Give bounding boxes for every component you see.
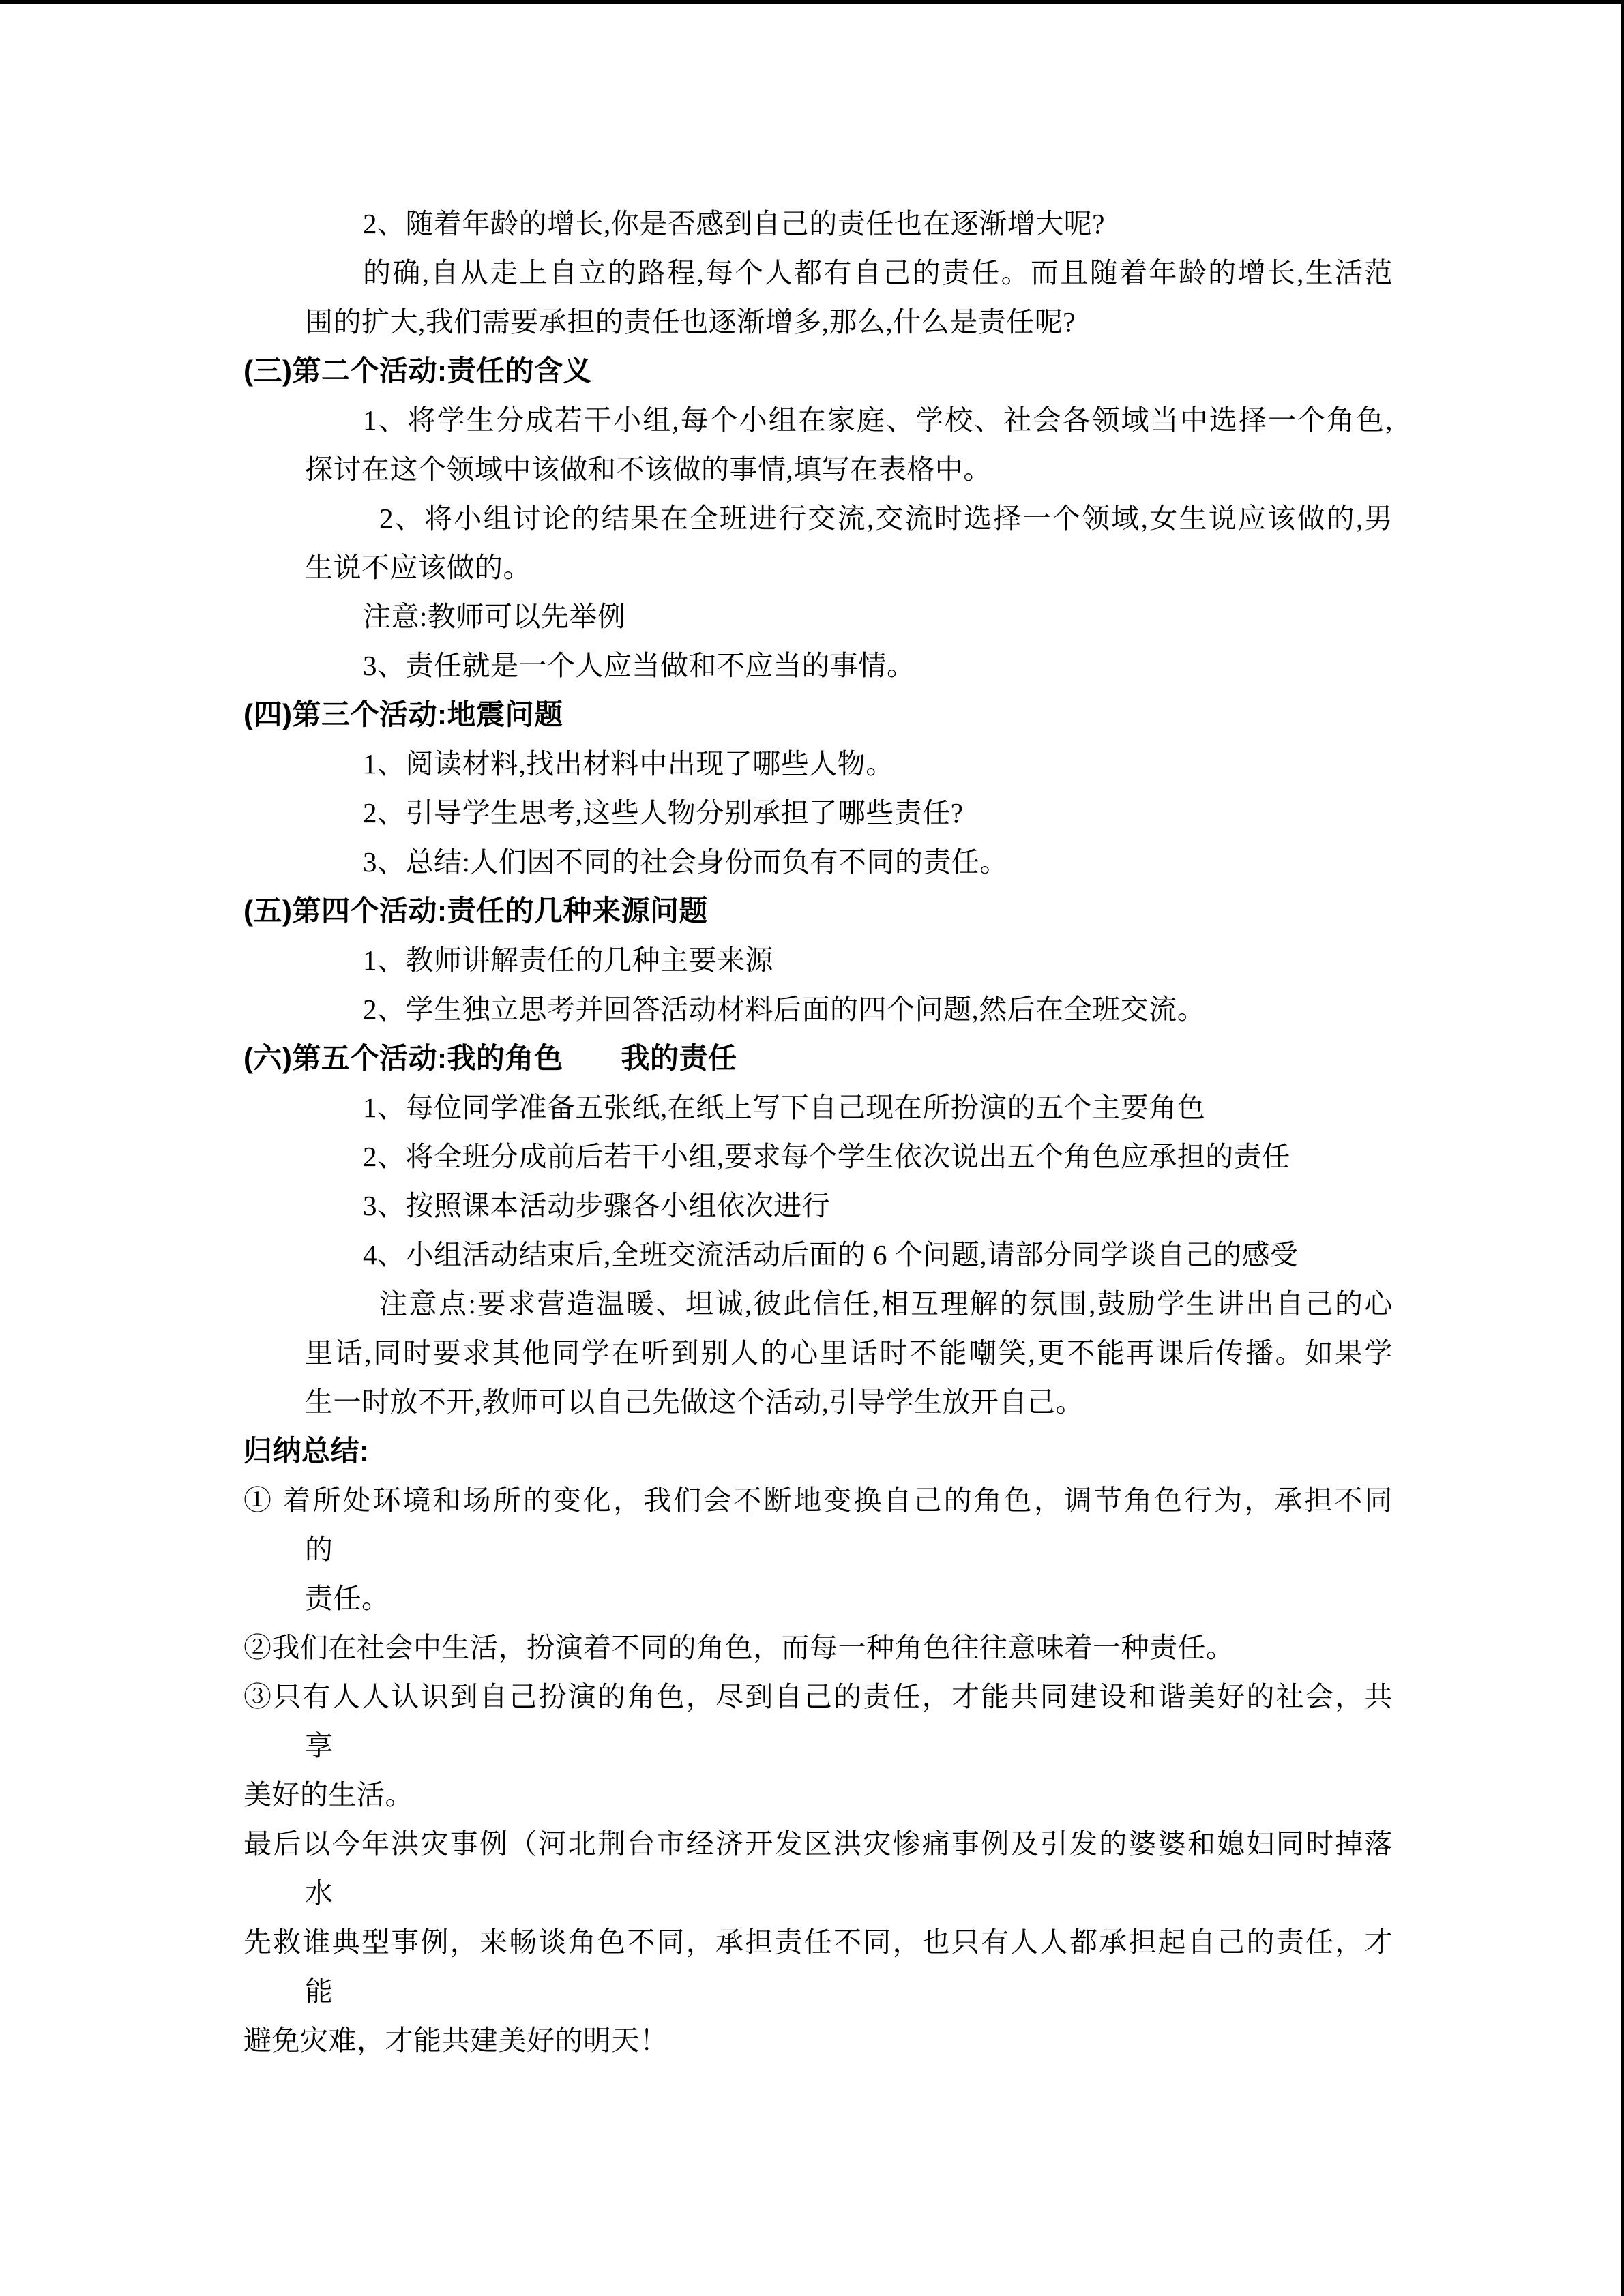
text-line: 2、引导学生思考,这些人物分别承担了哪些责任? [363, 788, 1393, 837]
section-heading-line: 归纳总结: [243, 1427, 1393, 1476]
text-line: 1、每位同学准备五张纸,在纸上写下自己现在所扮演的五个主要角色 [363, 1083, 1393, 1132]
page-top-edge-line [0, 0, 1624, 4]
page-right-edge-line [1621, 0, 1624, 2296]
text-line: 注意点:要求营造温暖、坦诚,彼此信任,相互理解的氛围,鼓励学生讲出自己的心 [379, 1279, 1393, 1328]
text-line: 2、将小组讨论的结果在全班进行交流,交流时选择一个领域,女生说应该做的,男 [379, 494, 1393, 543]
text-line: 责任。 [305, 1574, 1393, 1623]
text-line: 1、阅读材料,找出材料中出现了哪些人物。 [363, 739, 1393, 788]
text-line: 生说不应该做的。 [305, 543, 1393, 592]
text-line: 先救谁典型事例，来畅谈角色不同，承担责任不同，也只有人人都承担起自己的责任，才 [243, 1918, 1393, 1967]
text-line: 水 [305, 1868, 1393, 1918]
text-line: 1、教师讲解责任的几种主要来源 [363, 936, 1393, 985]
text-line: 注意:教师可以先举例 [363, 592, 1393, 641]
text-line: 避免灾难，才能共建美好的明天！ [243, 2016, 1393, 2065]
document-page: 2、随着年龄的增长,你是否感到自己的责任也在逐渐增大呢?的确,自从走上自立的路程… [0, 0, 1624, 2296]
section-heading-line: (三)第二个活动:责任的含义 [243, 346, 1393, 396]
section-heading-line: (四)第三个活动:地震问题 [243, 690, 1393, 739]
text-line: ②我们在社会中生活，扮演着不同的角色，而每一种角色往往意味着一种责任。 [243, 1623, 1393, 1672]
text-line: 围的扩大,我们需要承担的责任也逐渐增多,那么,什么是责任呢? [305, 297, 1393, 346]
text-line: 里话,同时要求其他同学在听到别人的心里话时不能嘲笑,更不能再课后传播。如果学 [305, 1328, 1393, 1377]
section-heading-line: (五)第四个活动:责任的几种来源问题 [243, 886, 1393, 936]
text-line: 美好的生活。 [243, 1770, 1393, 1819]
text-line: ① 着所处环境和场所的变化，我们会不断地变换自己的角色，调节角色行为，承担不同 [243, 1476, 1393, 1525]
text-line: ③只有人人认识到自己扮演的角色，尽到自己的责任，才能共同建设和谐美好的社会，共 [243, 1672, 1393, 1721]
text-line: 享 [305, 1721, 1393, 1770]
text-line: 2、将全班分成前后若干小组,要求每个学生依次说出五个角色应承担的责任 [363, 1132, 1393, 1181]
text-line: 2、学生独立思考并回答活动材料后面的四个问题,然后在全班交流。 [363, 985, 1393, 1034]
document-content: 2、随着年龄的增长,你是否感到自己的责任也在逐渐增大呢?的确,自从走上自立的路程… [243, 199, 1393, 2065]
text-line: 探讨在这个领域中该做和不该做的事情,填写在表格中。 [305, 445, 1393, 494]
text-line: 的确,自从走上自立的路程,每个人都有自己的责任。而且随着年龄的增长,生活范 [363, 248, 1393, 297]
text-line: 2、随着年龄的增长,你是否感到自己的责任也在逐渐增大呢? [363, 199, 1393, 248]
text-line: 能 [305, 1967, 1393, 2016]
text-line: 的 [305, 1525, 1393, 1574]
text-line: 3、按照课本活动步骤各小组依次进行 [363, 1181, 1393, 1230]
text-line: 3、责任就是一个人应当做和不应当的事情。 [363, 641, 1393, 690]
section-heading-line: (六)第五个活动:我的角色 我的责任 [243, 1034, 1393, 1083]
text-line: 生一时放不开,教师可以自己先做这个活动,引导学生放开自己。 [305, 1377, 1393, 1427]
text-line: 4、小组活动结束后,全班交流活动后面的 6 个问题,请部分同学谈自己的感受 [363, 1230, 1393, 1279]
text-line: 最后以今年洪灾事例（河北荆台市经济开发区洪灾惨痛事例及引发的婆婆和媳妇同时掉落 [243, 1819, 1393, 1868]
text-line: 3、总结:人们因不同的社会身份而负有不同的责任。 [363, 837, 1393, 886]
text-line: 1、将学生分成若干小组,每个小组在家庭、学校、社会各领域当中选择一个角色, [363, 396, 1393, 445]
